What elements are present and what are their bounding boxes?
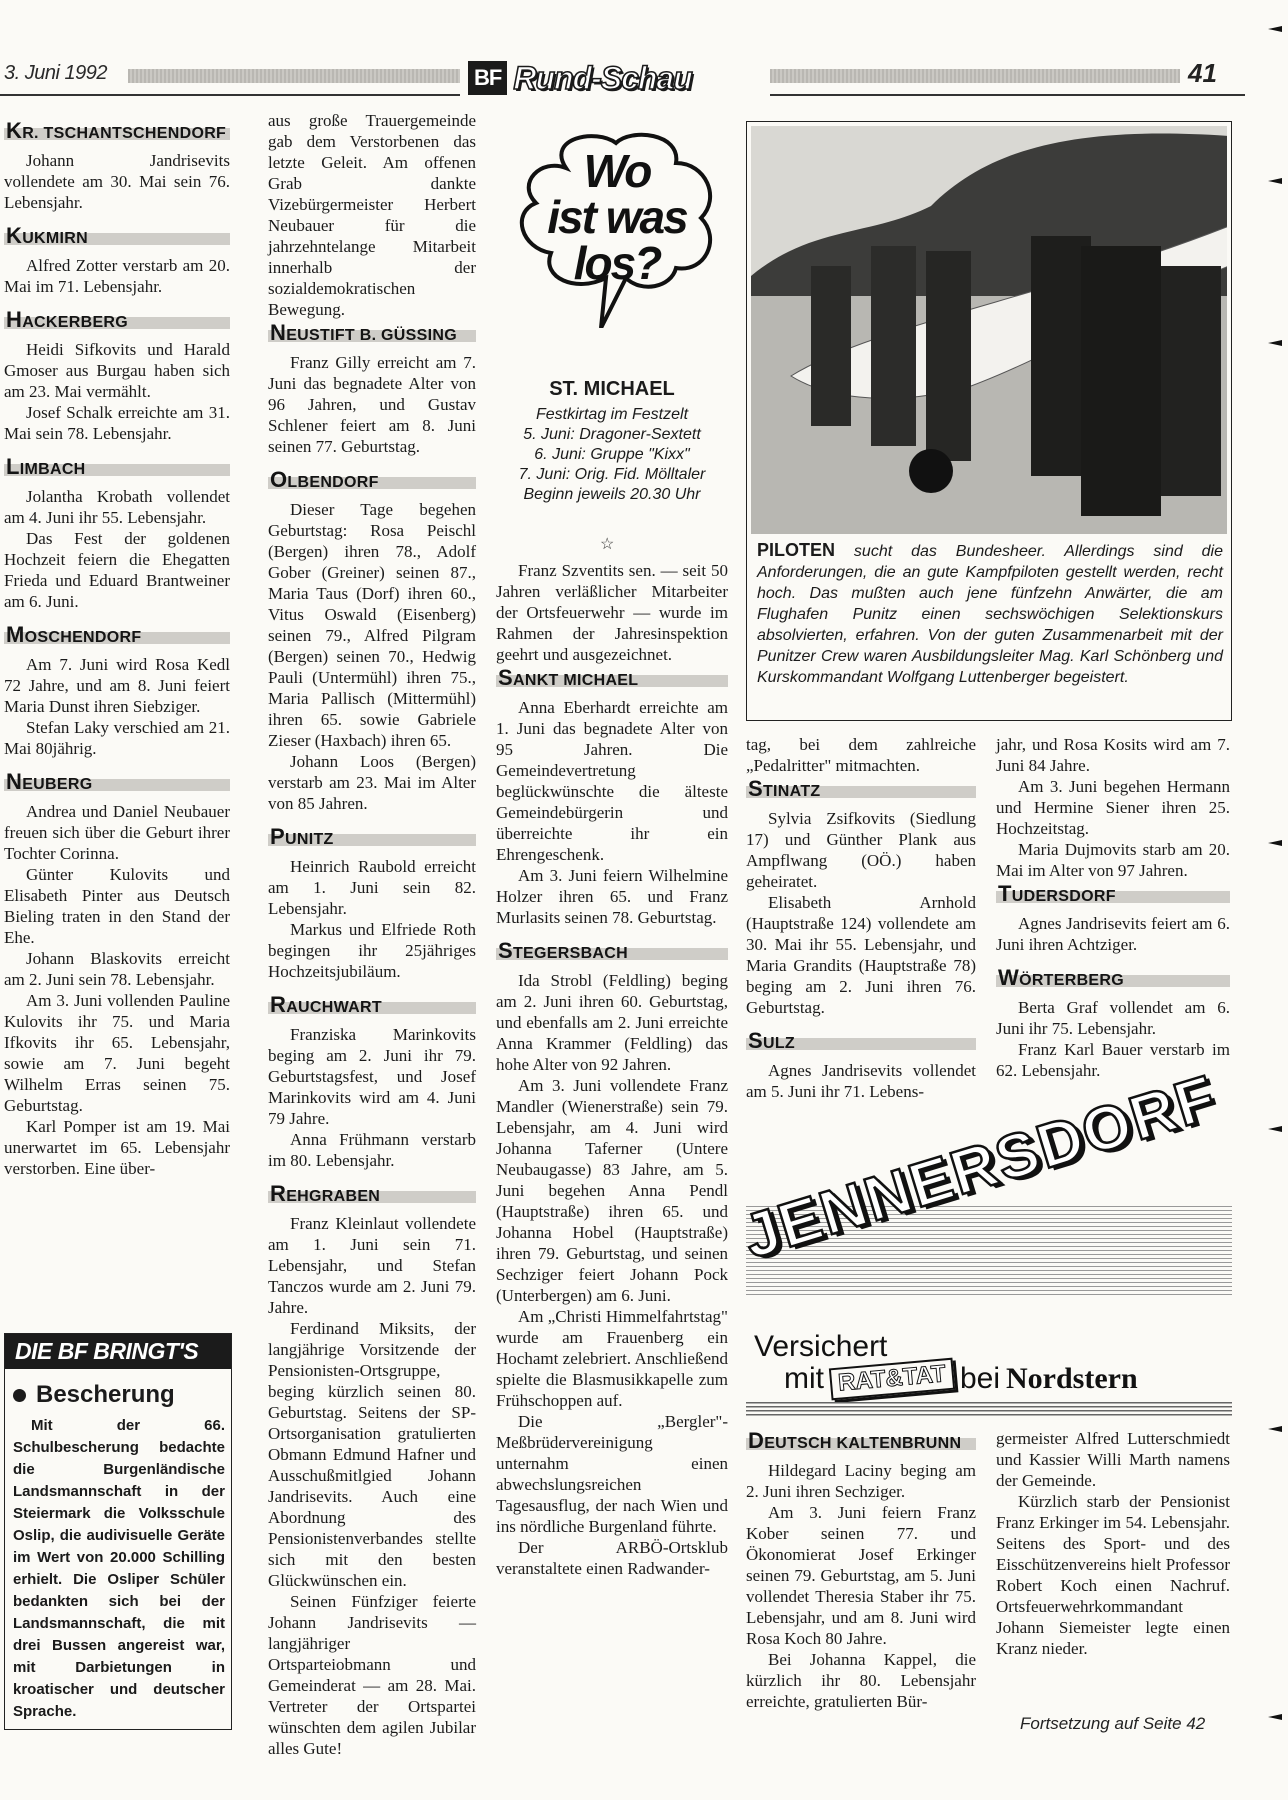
- pilots-airplane-photo: [751, 126, 1227, 534]
- news-paragraph: Johann Blaskovits erreicht am 2. Juni se…: [4, 948, 230, 990]
- ad-prefix: mit: [784, 1362, 824, 1396]
- heading-initial: R: [270, 1181, 286, 1206]
- margin-mark-icon: [1268, 340, 1282, 346]
- masthead: 3. Juni 1992 BF Rund-Schau 41: [0, 58, 1230, 98]
- rat-tat-badge: RAT&TAT: [829, 1358, 955, 1401]
- news-paragraph: Agnes Jandrisevits vollendet am 5. Juni …: [746, 1060, 976, 1102]
- news-paragraph: Karl Pomper ist am 19. Mai unerwartet im…: [4, 1116, 230, 1179]
- heading-text: örterberg: [1019, 972, 1124, 989]
- margin-mark-icon: [1268, 1714, 1282, 1720]
- margin-mark-icon: [1268, 840, 1282, 846]
- masthead-bar-left: [128, 69, 460, 83]
- section-heading: Rehgraben: [268, 1181, 476, 1205]
- news-paragraph: Stefan Laky verschied am 21. Mai 80jähri…: [4, 717, 230, 759]
- heading-initial: N: [270, 320, 286, 345]
- news-paragraph: Am 3. Juni vollendete Franz Mandler (Wie…: [496, 1075, 728, 1306]
- section-title: Rund-Schau: [513, 60, 691, 97]
- news-paragraph: Seinen Fünfziger feierte Johann Jandrise…: [268, 1591, 476, 1759]
- heading-initial: H: [6, 307, 22, 332]
- section-heading: Limbach: [4, 454, 230, 478]
- column-5b: germeister Alfred Lutterschmiedt und Kas…: [996, 1428, 1230, 1659]
- section-heading: Kr. Tschantschendorf: [4, 118, 230, 142]
- heading-initial: N: [6, 769, 22, 794]
- news-paragraph: Am 3. Juni vollenden Pauline Kulovits ih…: [4, 990, 230, 1116]
- heading-initial: D: [748, 1428, 764, 1453]
- news-paragraph: Johann Loos (Bergen) verstarb am 23. Mai…: [268, 751, 476, 814]
- caption-text: sucht das Bundesheer. Allerdings sind di…: [757, 543, 1223, 686]
- heading-text: eustift b. Güssing: [286, 327, 457, 344]
- section-heading: Punitz: [268, 824, 476, 848]
- bf-box-body: Mit der 66. Schulbescherung bedachte die…: [5, 1415, 231, 1723]
- section-heading: Hackerberg: [4, 307, 230, 331]
- ad-line-1: Versichert: [754, 1330, 887, 1364]
- news-paragraph: Ida Strobl (Feldling) beging am 2. Juni …: [496, 970, 728, 1075]
- event-line: Beginn jeweils 20.30 Uhr: [496, 485, 728, 505]
- news-paragraph: Am „Christi Himmelfahrtstag" wurde am Fr…: [496, 1306, 728, 1411]
- heading-text: tegersbach: [513, 945, 628, 962]
- news-paragraph: Josef Schalk erreichte am 31. Mai sein 7…: [4, 402, 230, 444]
- section-heading: Stinatz: [746, 776, 976, 800]
- heading-text: imbach: [20, 461, 86, 478]
- column-4: tag, bei dem zahlreiche „Pedalritter" mi…: [746, 734, 976, 1102]
- column-5-para: Maria Dujmovits starb am 20. Mai im Alte…: [996, 839, 1230, 881]
- heading-text: tinatz: [763, 783, 821, 800]
- ad-bottom-lines: [746, 1402, 1232, 1416]
- ad-brand: Nordstern: [1006, 1362, 1138, 1396]
- heading-text: lbendorf: [287, 474, 378, 491]
- heading-text: ehgraben: [286, 1188, 380, 1205]
- news-paragraph: Am 3. Juni feiern Franz Kober seinen 77.…: [746, 1502, 976, 1649]
- news-paragraph: Elisabeth Arnhold (Hauptstraße 124) voll…: [746, 892, 976, 1018]
- news-paragraph: Berta Graf vollendet am 6. Juni ihr 75. …: [996, 997, 1230, 1039]
- heading-text: unitz: [285, 831, 334, 848]
- column-3-lead: Franz Szventits sen. — seit 50 Jahren ve…: [496, 560, 728, 665]
- heading-text: ukmirn: [22, 230, 88, 247]
- bullet-icon: [13, 1389, 26, 1402]
- bf-box-title-text: Bescherung: [36, 1381, 175, 1409]
- section-heading: Tudersdorf: [996, 881, 1230, 905]
- section-heading: Olbendorf: [268, 467, 476, 491]
- heading-text: r. Tschantschendorf: [22, 125, 226, 142]
- column-5b-lead: germeister Alfred Lutterschmiedt und Kas…: [996, 1428, 1230, 1491]
- heading-text: auchwart: [286, 999, 382, 1016]
- section-heading: Sulz: [746, 1028, 976, 1052]
- bf-box-title: Bescherung: [13, 1381, 231, 1409]
- bubble-line-3: los?: [506, 240, 728, 286]
- news-paragraph: Alfred Zotter verstarb am 20. Mai im 71.…: [4, 255, 230, 297]
- ad-suffix: bei: [960, 1362, 1000, 1396]
- news-paragraph: Am 3. Juni feiern Wilhelmine Holzer ihre…: [496, 865, 728, 928]
- column-5-para: Am 3. Juni begehen Hermann und Hermine S…: [996, 776, 1230, 839]
- news-paragraph: Günter Kulovits und Elisabeth Pinter aus…: [4, 864, 230, 948]
- margin-mark-icon: [1268, 178, 1282, 184]
- section-heading: Stegersbach: [496, 938, 728, 962]
- news-paragraph: Anna Frühmann verstarb im 80. Lebensjahr…: [268, 1129, 476, 1171]
- news-paragraph: Anna Eberhardt erreichte am 1. Juni das …: [496, 697, 728, 865]
- column-3: Franz Szventits sen. — seit 50 Jahren ve…: [496, 560, 728, 1579]
- news-paragraph: Johann Jandrisevits vollendete am 30. Ma…: [4, 150, 230, 213]
- section-heading: Deutsch Kaltenbrunn: [746, 1428, 976, 1452]
- news-paragraph: Jolantha Krobath vollendet am 4. Juni ih…: [4, 486, 230, 528]
- news-paragraph: Am 7. Juni wird Rosa Kedl 72 Jahre, und …: [4, 654, 230, 717]
- column-4-lead: tag, bei dem zahlreiche „Pedalritter" mi…: [746, 734, 976, 776]
- heading-text: ulz: [763, 1035, 795, 1052]
- heading-initial: W: [998, 965, 1019, 990]
- event-line: 6. Juni: Gruppe "Kixx": [496, 445, 728, 465]
- heading-text: eutsch Kaltenbrunn: [764, 1435, 961, 1452]
- masthead-rule-right: [770, 94, 1245, 96]
- column-2: aus große Trauergemeinde gab dem Verstor…: [268, 110, 476, 1759]
- news-paragraph: Sylvia Zsifkovits (Siedlung 17) und Günt…: [746, 808, 976, 892]
- heading-text: udersdorf: [1012, 888, 1116, 905]
- heading-initial: S: [748, 776, 763, 801]
- heading-initial: M: [6, 622, 25, 647]
- heading-initial: K: [6, 118, 22, 143]
- news-paragraph: Andrea und Daniel Neubauer freuen sich ü…: [4, 801, 230, 864]
- margin-mark-icon: [1268, 1426, 1282, 1432]
- heading-initial: P: [270, 824, 285, 849]
- bubble-text: Wo ist was los?: [506, 148, 728, 286]
- bf-box-header: DIE BF BRINGT'S: [5, 1334, 231, 1369]
- news-paragraph: Der ARBÖ-Ortsklub veranstaltete einen Ra…: [496, 1537, 728, 1579]
- bubble-line-2: ist was: [506, 194, 728, 240]
- caption-lead: PILOTEN: [757, 540, 835, 560]
- jennersdorf-ad: JENNERSDORF Versichert mit RAT&TAT bei N…: [746, 1140, 1232, 1422]
- heading-initial: T: [998, 881, 1012, 906]
- masthead-bar-right: [770, 69, 1180, 83]
- bf-bringts-box: DIE BF BRINGT'S Bescherung Mit der 66. S…: [4, 1333, 232, 1730]
- column-2-lead: aus große Trauergemeinde gab dem Verstor…: [268, 110, 476, 320]
- news-paragraph: Bei Johanna Kappel, die kürzlich ihr 80.…: [746, 1649, 976, 1712]
- heading-text: euberg: [22, 776, 92, 793]
- margin-mark-icon: [1268, 26, 1282, 32]
- star-separator-icon: ☆: [600, 534, 614, 554]
- event-line: 5. Juni: Dragoner-Sextett: [496, 425, 728, 445]
- heading-initial: R: [270, 992, 286, 1017]
- heading-text: oschendorf: [25, 629, 142, 646]
- column-5: jahr, und Rosa Kosits wird am 7. Juni 84…: [996, 734, 1230, 1081]
- heading-initial: O: [270, 467, 287, 492]
- news-paragraph: Franz Kleinlaut vollendete am 1. Juni se…: [268, 1213, 476, 1318]
- column-4b: Deutsch KaltenbrunnHildegard Laciny begi…: [746, 1428, 976, 1712]
- news-paragraph: Heidi Sifkovits und Harald Gmoser aus Bu…: [4, 339, 230, 402]
- ad-line-2: mit RAT&TAT bei Nordstern: [784, 1362, 1138, 1396]
- news-paragraph: Die „Bergler"-Meßbrüdervereinigung unter…: [496, 1411, 728, 1537]
- section-logo: BF Rund-Schau: [468, 58, 692, 98]
- margin-mark-icon: [1268, 1126, 1282, 1132]
- heading-text: ackerberg: [22, 314, 128, 331]
- bf-box-paragraph: Mit der 66. Schulbescherung bedachte die…: [13, 1415, 225, 1723]
- bubble-line-1: Wo: [506, 148, 728, 194]
- section-heading: Kukmirn: [4, 223, 230, 247]
- heading-initial: K: [6, 223, 22, 248]
- heading-initial: S: [498, 665, 513, 690]
- section-heading: Sankt Michael: [496, 665, 728, 689]
- event-line: 7. Juni: Orig. Fid. Mölltaler: [496, 465, 728, 485]
- news-paragraph: Hildegard Laciny beging am 2. Juni ihren…: [746, 1460, 976, 1502]
- continuation-link[interactable]: Fortsetzung auf Seite 42: [1020, 1714, 1205, 1734]
- news-paragraph: Heinrich Raubold erreicht am 1. Juni sei…: [268, 856, 476, 919]
- event-line: Festkirtag im Festzelt: [496, 405, 728, 425]
- news-paragraph: Agnes Jandrisevits feiert am 6. Juni ihr…: [996, 913, 1230, 955]
- column-5b-para: Kürzlich starb der Pensionist Franz Erki…: [996, 1491, 1230, 1659]
- event-listing: ST. MICHAEL Festkirtag im Festzelt 5. Ju…: [496, 378, 728, 505]
- section-heading: Neustift b. Güssing: [268, 320, 476, 344]
- page-number: 41: [1188, 58, 1217, 89]
- heading-initial: L: [6, 454, 20, 479]
- heading-text: ankt Michael: [513, 672, 638, 689]
- column-1: Kr. TschantschendorfJohann Jandrisevits …: [4, 118, 230, 1179]
- news-paragraph: Franz Gilly erreicht am 7. Juni das begn…: [268, 352, 476, 457]
- masthead-rule-left: [0, 94, 460, 96]
- bf-logo-badge: BF: [468, 61, 507, 95]
- heading-initial: S: [748, 1028, 763, 1053]
- section-heading: Neuberg: [4, 769, 230, 793]
- column-5-lead: jahr, und Rosa Kosits wird am 7. Juni 84…: [996, 734, 1230, 776]
- photo-box: PILOTEN sucht das Bundesheer. Allerdings…: [746, 121, 1232, 721]
- photo-illustration: [751, 126, 1227, 534]
- heading-initial: S: [498, 938, 513, 963]
- news-paragraph: Dieser Tage begehen Geburtstag: Rosa Pei…: [268, 499, 476, 751]
- photo-caption: PILOTEN sucht das Bundesheer. Allerdings…: [757, 540, 1223, 688]
- section-heading: Rauchwart: [268, 992, 476, 1016]
- news-paragraph: Ferdinand Miksits, der langjährige Vorsi…: [268, 1318, 476, 1591]
- section-heading: Moschendorf: [4, 622, 230, 646]
- wo-ist-was-los-bubble: Wo ist was los?: [506, 128, 728, 328]
- news-paragraph: Franziska Marinkovits beging am 2. Juni …: [268, 1024, 476, 1129]
- issue-date: 3. Juni 1992: [4, 62, 107, 85]
- news-paragraph: Markus und Elfriede Roth begingen ihr 25…: [268, 919, 476, 982]
- section-heading: Wörterberg: [996, 965, 1230, 989]
- event-title: ST. MICHAEL: [496, 378, 728, 401]
- news-paragraph: Das Fest der goldenen Hochzeit feiern di…: [4, 528, 230, 612]
